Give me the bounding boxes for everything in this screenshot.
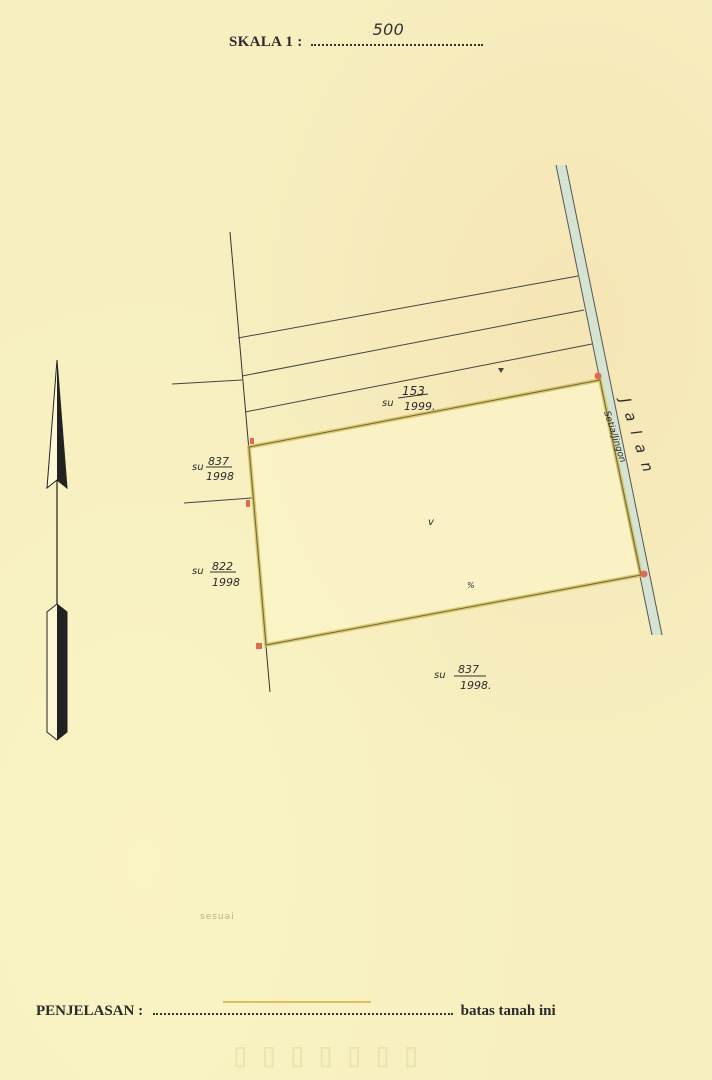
bleed-through-marks: ▯▯▯▯▯▯▯	[230, 1035, 429, 1075]
parcel-label-837-south: su 837 1998.	[434, 663, 492, 692]
north-arrow-icon	[47, 360, 67, 740]
boundary-line-sample	[223, 1001, 371, 1003]
corner-marker-5	[641, 571, 648, 578]
corner-marker-2	[246, 500, 250, 507]
legend-footer: PENJELASAN : batas tanah ini	[36, 1003, 556, 1020]
corner-marker-1	[250, 438, 254, 444]
svg-text:1998: 1998	[212, 576, 240, 589]
parcel-label-822: su 822 1998	[192, 560, 240, 589]
svg-text:su: su	[434, 670, 446, 681]
svg-text:1998.: 1998.	[460, 679, 492, 692]
svg-text:822: 822	[212, 560, 233, 573]
svg-text:837: 837	[208, 455, 229, 468]
svg-text:su: su	[192, 462, 204, 473]
corner-marker-4	[595, 373, 602, 380]
legend-description: batas tanah ini	[461, 1003, 556, 1019]
subject-parcel	[249, 380, 641, 645]
corner-marker-3	[256, 643, 262, 649]
svg-text:%: %	[467, 581, 475, 590]
svg-text:1999.: 1999.	[404, 400, 436, 413]
parcel-label-153: su 153 1999.	[382, 384, 436, 413]
survey-map: su 153 1999. su 837 1998 su 822 1998 su …	[0, 0, 712, 1080]
parcel-label-837-west: su 837 1998	[192, 455, 234, 483]
legend-dotted-field	[153, 1003, 453, 1015]
faint-stamp-text: sesuai	[200, 912, 235, 922]
svg-text:su: su	[192, 566, 204, 577]
svg-text:su: su	[382, 398, 394, 409]
legend-label: PENJELASAN :	[36, 1003, 143, 1019]
svg-text:837: 837	[458, 663, 479, 676]
svg-text:1998: 1998	[206, 470, 234, 483]
